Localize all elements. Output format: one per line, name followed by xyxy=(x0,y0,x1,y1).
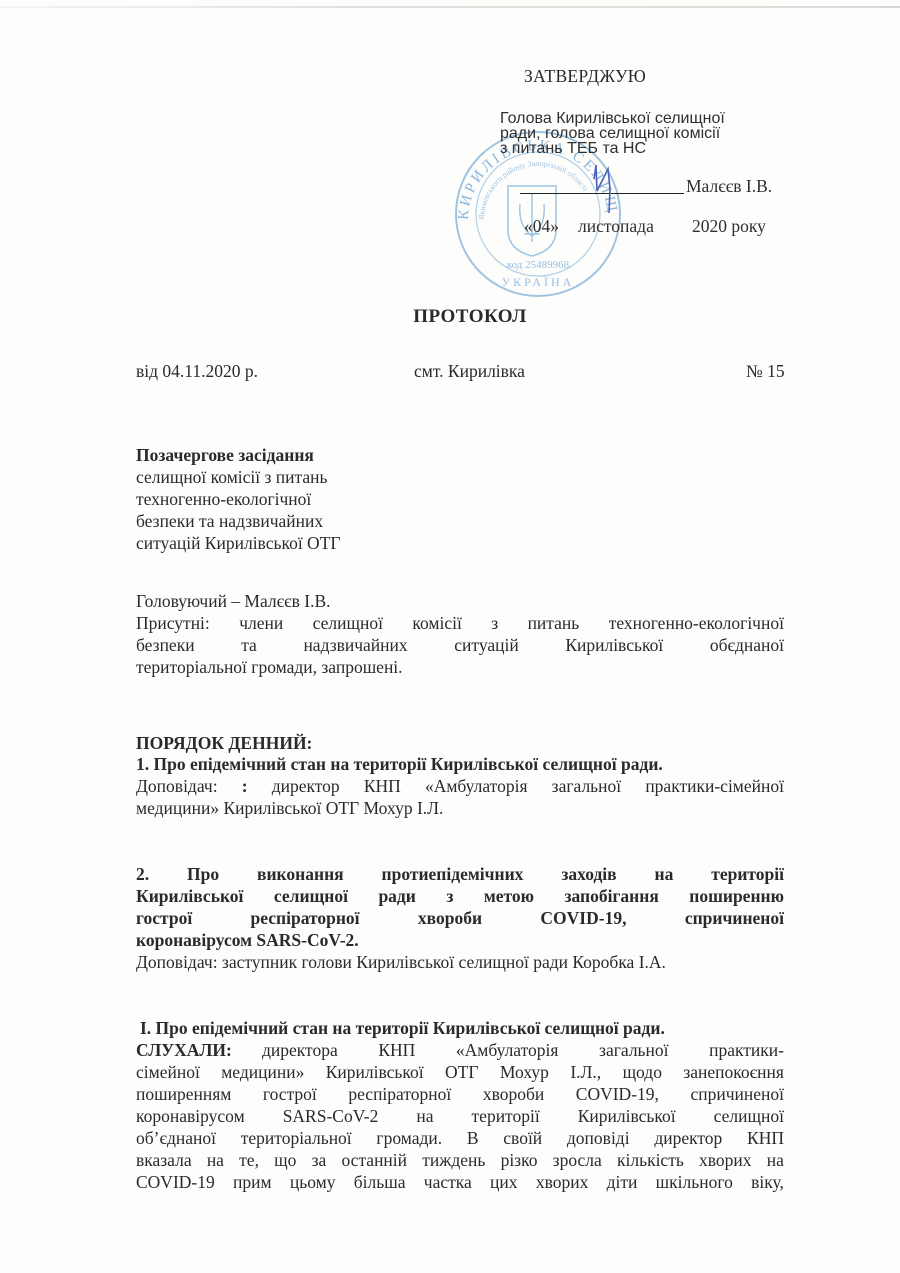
meeting-heading: Позачергове засідання xyxy=(136,446,314,465)
section-1-line: COVID-19примцьомубільшачасткациххворихді… xyxy=(136,1173,784,1192)
svg-text:код 25489968: код 25489968 xyxy=(507,259,570,271)
meeting-line: безпеки та надзвичайних xyxy=(136,512,323,531)
protocol-date: від 04.11.2020 р. xyxy=(136,362,258,381)
section-1-line: коронавірусомSARS-CoV-2натериторіїКирилі… xyxy=(136,1107,784,1126)
agenda-item-2-title: Кирилівськоїселищноїрадизметоюзапобіганн… xyxy=(136,887,784,906)
agenda-item-2-speaker: Доповідач: заступник голови Кирилівської… xyxy=(136,953,666,972)
approval-heading: ЗАТВЕРДЖУЮ xyxy=(524,66,646,87)
signature-icon xyxy=(588,161,618,221)
agenda-heading: ПОРЯДОК ДЕННИЙ: xyxy=(136,734,312,753)
heard-label: СЛУХАЛИ: xyxy=(136,1041,232,1060)
agenda-item-1-speaker: Доповідач::директорКНП«Амбулаторіязагаль… xyxy=(136,777,784,796)
meeting-line: техногенно-екологічної xyxy=(136,490,311,509)
agenda-item-1-title: 1. Про епідемічний стан на території Кир… xyxy=(136,755,663,774)
document-title: ПРОТОКОЛ xyxy=(0,306,900,328)
agenda-item-2-title: гостроїреспіраторноїхворобиCOVID-19,спри… xyxy=(136,909,784,928)
meeting-line: ситуацій Кирилівської ОТГ xyxy=(136,534,341,553)
chair-line: Головуючий – Малєєв І.В. xyxy=(136,592,331,611)
agenda-item-1-speaker: медицини» Кирилівської ОТГ Мохур І.Л. xyxy=(136,799,443,818)
agenda-item-2-title: коронавірусом SARS-CoV-2. xyxy=(136,931,359,950)
present-line: Присутні:члениселищноїкомісіїзпитаньтехн… xyxy=(136,614,784,633)
approval-signatory: Малєєв І.В. xyxy=(686,178,772,195)
section-1-line: сімейноїмедицини»КирилівськоїОТГМохурІ.Л… xyxy=(136,1063,784,1082)
present-line: безпекитанадзвичайнихситуаційКирилівсько… xyxy=(136,636,784,655)
section-1-line: вказаланате,щозаостаннійтижденьрізкозрос… xyxy=(136,1151,784,1170)
protocol-place: смт. Кирилівка xyxy=(414,362,525,381)
approval-line: з питань ТЕБ та НС xyxy=(500,140,646,157)
agenda-item-2-title: 2.Провиконанняпротиепідемічнихзаходівнат… xyxy=(136,865,784,884)
present-line: територіальної громади, запрошені. xyxy=(136,658,403,677)
section-1-heading: І. Про епідемічний стан на території Кир… xyxy=(140,1019,665,1038)
approval-date-day: «04» xyxy=(524,218,559,235)
approval-date-year: 2020 року xyxy=(692,218,766,235)
svg-text:УКРАЇНА: УКРАЇНА xyxy=(502,275,575,289)
scan-edge xyxy=(0,6,900,8)
meeting-line: селищної комісії з питань xyxy=(136,468,328,487)
section-1-line: директораКНП«Амбулаторіязагальноїпрактик… xyxy=(262,1041,784,1060)
approval-date-month: листопада xyxy=(578,218,654,235)
protocol-number: № 15 xyxy=(746,362,785,381)
section-1-line: об’єднаноїтериторіальноїгромади.Всвоїйдо… xyxy=(136,1129,784,1148)
section-1-line: поширеннямгостроїреспіраторноїхворобиCOV… xyxy=(136,1085,784,1104)
